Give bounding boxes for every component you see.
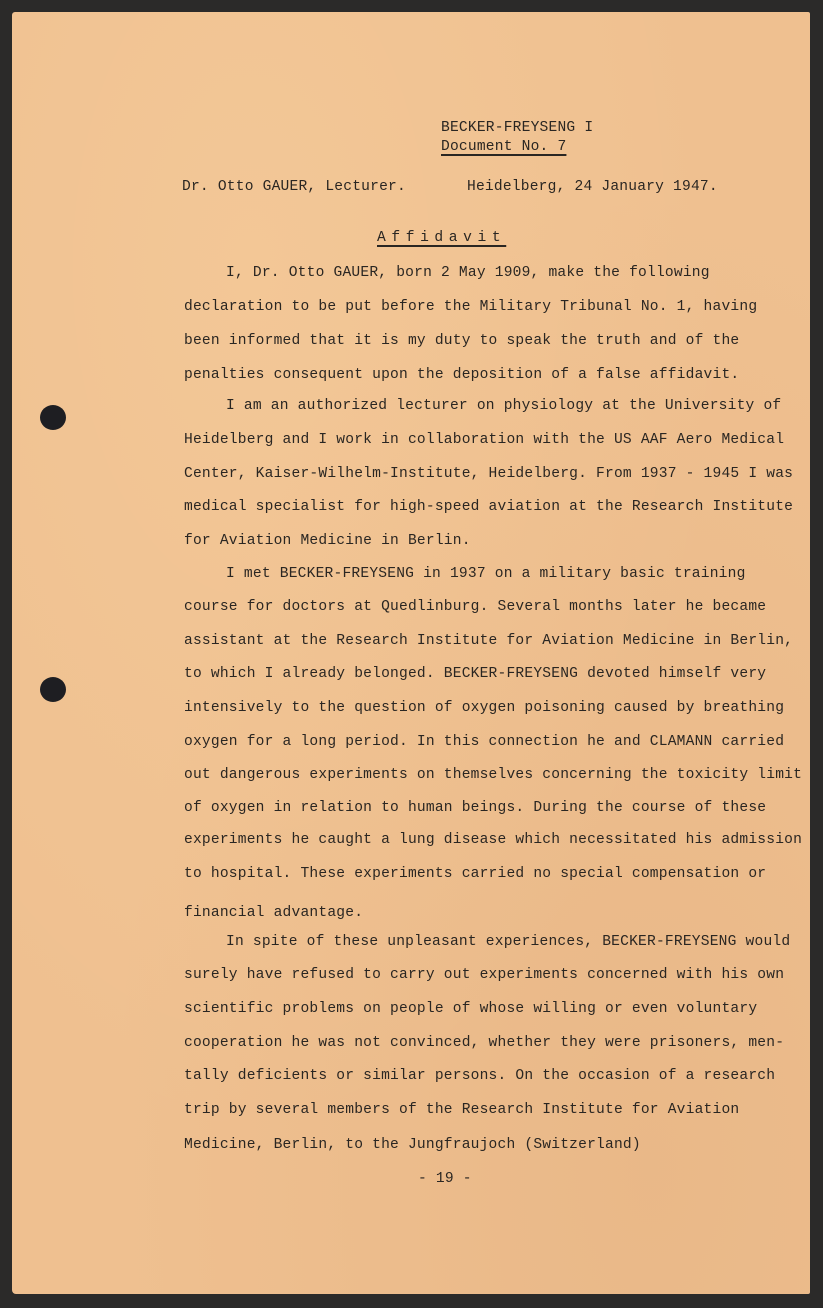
body-line: I met BECKER-FREYSENG in 1937 on a milit… bbox=[226, 565, 746, 583]
body-line: trip by several members of the Research … bbox=[184, 1101, 739, 1119]
body-line: tally deficients or similar persons. On … bbox=[184, 1067, 775, 1085]
body-line: penalties consequent upon the deposition… bbox=[184, 366, 739, 384]
document-number: Document No. 7 bbox=[441, 138, 592, 156]
body-line: medical specialist for high-speed aviati… bbox=[184, 498, 793, 516]
body-line: I am an authorized lecturer on physiolog… bbox=[226, 397, 781, 415]
body-line: cooperation he was not convinced, whethe… bbox=[184, 1034, 784, 1052]
body-line: assistant at the Research Institute for … bbox=[184, 632, 793, 650]
body-line: out dangerous experiments on themselves … bbox=[184, 766, 802, 784]
author-line: Dr. Otto GAUER, Lecturer. bbox=[182, 178, 406, 196]
page-number: - 19 - bbox=[418, 1170, 472, 1188]
body-line: scientific problems on people of whose w… bbox=[184, 1000, 757, 1018]
punch-hole-upper bbox=[40, 405, 66, 430]
body-line: Center, Kaiser-Wilhelm-Institute, Heidel… bbox=[184, 465, 793, 483]
body-line: Medicine, Berlin, to the Jungfraujoch (S… bbox=[184, 1136, 641, 1154]
body-line: declaration to be put before the Militar… bbox=[184, 298, 757, 316]
place-date: Heidelberg, 24 January 1947. bbox=[467, 178, 718, 196]
body-line: to which I already belonged. BECKER-FREY… bbox=[184, 665, 766, 683]
body-line: Heidelberg and I work in collaboration w… bbox=[184, 431, 784, 449]
body-line: financial advantage. bbox=[184, 904, 363, 922]
body-line: of oxygen in relation to human beings. D… bbox=[184, 799, 766, 817]
case-label: BECKER-FREYSENG I bbox=[441, 119, 593, 137]
body-line: In spite of these unpleasant experiences… bbox=[226, 933, 790, 951]
punch-hole-lower bbox=[40, 677, 66, 702]
body-line: surely have refused to carry out experim… bbox=[184, 966, 784, 984]
body-line: been informed that it is my duty to spea… bbox=[184, 332, 739, 350]
body-line: course for doctors at Quedlinburg. Sever… bbox=[184, 598, 766, 616]
body-line: to hospital. These experiments carried n… bbox=[184, 865, 766, 883]
document-title: Affidavit bbox=[377, 229, 506, 247]
body-line: for Aviation Medicine in Berlin. bbox=[184, 532, 471, 550]
body-line: oxygen for a long period. In this connec… bbox=[184, 733, 784, 751]
body-line: intensively to the question of oxygen po… bbox=[184, 699, 784, 717]
body-line: I, Dr. Otto GAUER, born 2 May 1909, make… bbox=[226, 264, 710, 282]
body-line: experiments he caught a lung disease whi… bbox=[184, 831, 802, 849]
